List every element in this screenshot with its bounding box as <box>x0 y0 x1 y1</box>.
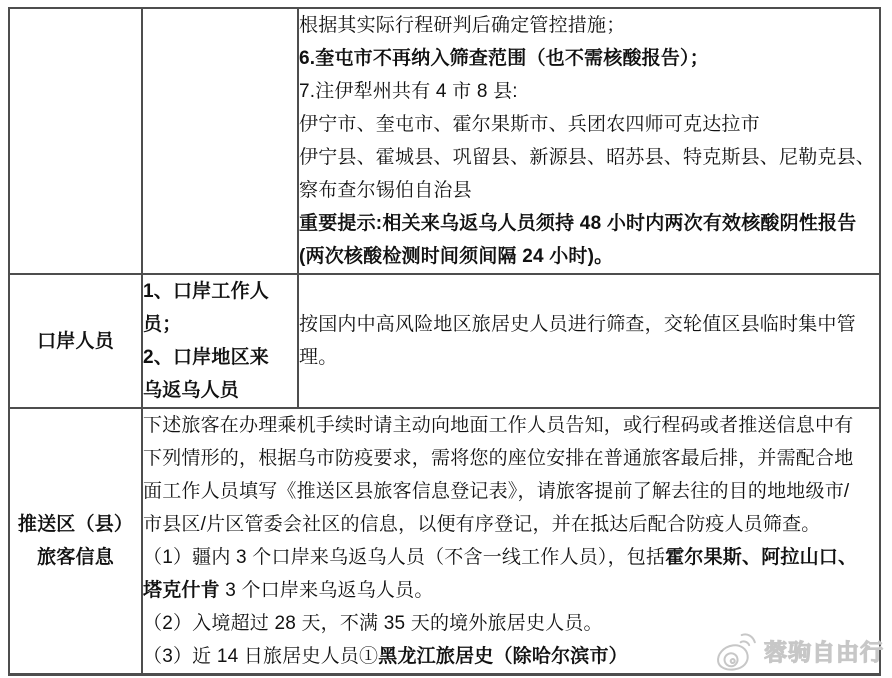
bold-text-segment: 塔克什肯 <box>143 580 220 601</box>
text-line: 根据其实际行程研判后确定管控措施； <box>299 9 879 42</box>
text-line: （2）入境超过 28 天，不满 35 天的境外旅居史人员。 <box>143 607 879 640</box>
text-line: 乌返乌人员 <box>143 374 297 407</box>
row3-content-cell: 下述旅客在办理乘机手续时请主动向地面工作人员告知，或行程码或者推送信息中有下列情… <box>142 408 880 675</box>
text-line: 员； <box>143 308 297 341</box>
text-segment: 理。 <box>299 347 337 368</box>
bold-text-segment: 员； <box>143 314 181 335</box>
bold-text-segment: 乌返乌人员 <box>143 380 239 401</box>
text-line: 面工作人员填写《推送区县旅客信息登记表》，请旅客提前了解去往的目的地地级市/ <box>143 475 879 508</box>
bold-text-segment: 口岸人员 <box>37 331 114 352</box>
text-segment: 根据其实际行程研判后确定管控措施； <box>299 15 625 36</box>
text-line: 塔克什肯 3 个口岸来乌返乌人员。 <box>143 574 879 607</box>
row2-content-cell: 按国内中高风险地区旅居史人员进行筛查，交轮值区县临时集中管理。 <box>298 274 880 408</box>
text-segment: （1）疆内 3 个口岸来乌返乌人员（不含一线工作人员），包括 <box>143 547 665 568</box>
text-line: 6.奎屯市不再纳入筛查范围（也不需核酸报告）； <box>299 42 879 75</box>
bold-text-segment: 2、口岸地区来 <box>143 347 269 368</box>
text-line: 重要提示:相关来乌返乌人员须持 48 小时内两次有效核酸阴性报告 <box>299 207 879 240</box>
text-line: 2、口岸地区来 <box>143 341 297 374</box>
text-line: 1、口岸工作人 <box>143 275 297 308</box>
text-line: 按国内中高风险地区旅居史人员进行筛查，交轮值区县临时集中管 <box>299 308 879 341</box>
text-line: 伊宁县、霍城县、巩留县、新源县、昭苏县、特克斯县、尼勒克县、 <box>299 141 879 174</box>
bold-text-segment: 推送区（县） <box>18 514 133 535</box>
row1-content-cell: 根据其实际行程研判后确定管控措施；6.奎屯市不再纳入筛查范围（也不需核酸报告）；… <box>298 8 880 274</box>
text-segment: 伊宁市、奎屯市、霍尔果斯市、兵团农四师可克达拉市 <box>299 114 760 135</box>
text-line: 下述旅客在办理乘机手续时请主动向地面工作人员告知，或行程码或者推送信息中有 <box>143 409 879 442</box>
text-segment: 下列情形的，根据乌市防疫要求，需将您的座位安排在普通旅客最后排，并需配合地 <box>143 448 853 469</box>
bold-text-segment: 重要提示:相关来乌返乌人员须持 48 小时内两次有效核酸阴性报告 <box>299 213 856 234</box>
text-segment: 下述旅客在办理乘机手续时请主动向地面工作人员告知，或行程码或者推送信息中有 <box>143 415 853 436</box>
table-row: 根据其实际行程研判后确定管控措施；6.奎屯市不再纳入筛查范围（也不需核酸报告）；… <box>9 8 880 274</box>
text-line: 伊宁市、奎屯市、霍尔果斯市、兵团农四师可克达拉市 <box>299 108 879 141</box>
text-line: 7.注伊犁州共有 4 市 8 县: <box>299 75 879 108</box>
text-line: 推送区（县） <box>10 508 141 541</box>
row2-criteria-cell: 1、口岸工作人员；2、口岸地区来乌返乌人员 <box>142 274 298 408</box>
bold-text-segment: 黑龙江旅居史（除哈尔滨市） <box>378 646 628 667</box>
bold-text-segment: 霍尔果斯、阿拉山口、 <box>665 547 857 568</box>
text-segment: （3）近 14 日旅居史人员① <box>143 646 378 667</box>
policy-table: 根据其实际行程研判后确定管控措施；6.奎屯市不再纳入筛查范围（也不需核酸报告）；… <box>8 7 881 676</box>
text-line: （3）近 14 日旅居史人员①黑龙江旅居史（除哈尔滨市） <box>143 640 879 673</box>
text-segment: 按国内中高风险地区旅居史人员进行筛查，交轮值区县临时集中管 <box>299 314 856 335</box>
text-segment: 伊宁县、霍城县、巩留县、新源县、昭苏县、特克斯县、尼勒克县、 <box>299 147 875 168</box>
document-page: 根据其实际行程研判后确定管控措施；6.奎屯市不再纳入筛查范围（也不需核酸报告）；… <box>0 0 892 678</box>
text-segment: （2）入境超过 28 天，不满 35 天的境外旅居史人员。 <box>143 613 603 634</box>
row3-label-cell: 推送区（县）旅客信息 <box>9 408 142 675</box>
text-line: 旅客信息 <box>10 541 141 574</box>
row1-criteria-cell <box>142 8 298 274</box>
bold-text-segment: 旅客信息 <box>37 547 114 568</box>
table-row: 推送区（县）旅客信息 下述旅客在办理乘机手续时请主动向地面工作人员告知，或行程码… <box>9 408 880 675</box>
text-line: （1）疆内 3 个口岸来乌返乌人员（不含一线工作人员），包括霍尔果斯、阿拉山口、 <box>143 541 879 574</box>
row2-label-cell: 口岸人员 <box>9 274 142 408</box>
text-line: 察布查尔锡伯自治县 <box>299 174 879 207</box>
bold-text-segment: 1、口岸工作人 <box>143 281 269 302</box>
bold-text-segment: (两次核酸检测时间须间隔 24 小时)。 <box>299 246 613 267</box>
text-line: 口岸人员 <box>10 325 141 358</box>
table-row: 口岸人员 1、口岸工作人员；2、口岸地区来乌返乌人员 按国内中高风险地区旅居史人… <box>9 274 880 408</box>
text-segment: 察布查尔锡伯自治县 <box>299 180 472 201</box>
text-line: 下列情形的，根据乌市防疫要求，需将您的座位安排在普通旅客最后排，并需配合地 <box>143 442 879 475</box>
bold-text-segment: 6.奎屯市不再纳入筛查范围（也不需核酸报告）； <box>299 48 709 69</box>
text-segment: 面工作人员填写《推送区县旅客信息登记表》，请旅客提前了解去往的目的地地级市/ <box>143 481 849 502</box>
text-line: 理。 <box>299 341 879 374</box>
text-segment: 7.注伊犁州共有 4 市 8 县: <box>299 81 518 102</box>
text-line: (两次核酸检测时间须间隔 24 小时)。 <box>299 240 879 273</box>
text-segment: 市县区/片区管委会社区的信息，以便有序登记，并在抵达后配合防疫人员筛查。 <box>143 514 820 535</box>
row1-label-cell <box>9 8 142 274</box>
text-segment: 3 个口岸来乌返乌人员。 <box>220 580 434 601</box>
text-line: 市县区/片区管委会社区的信息，以便有序登记，并在抵达后配合防疫人员筛查。 <box>143 508 879 541</box>
